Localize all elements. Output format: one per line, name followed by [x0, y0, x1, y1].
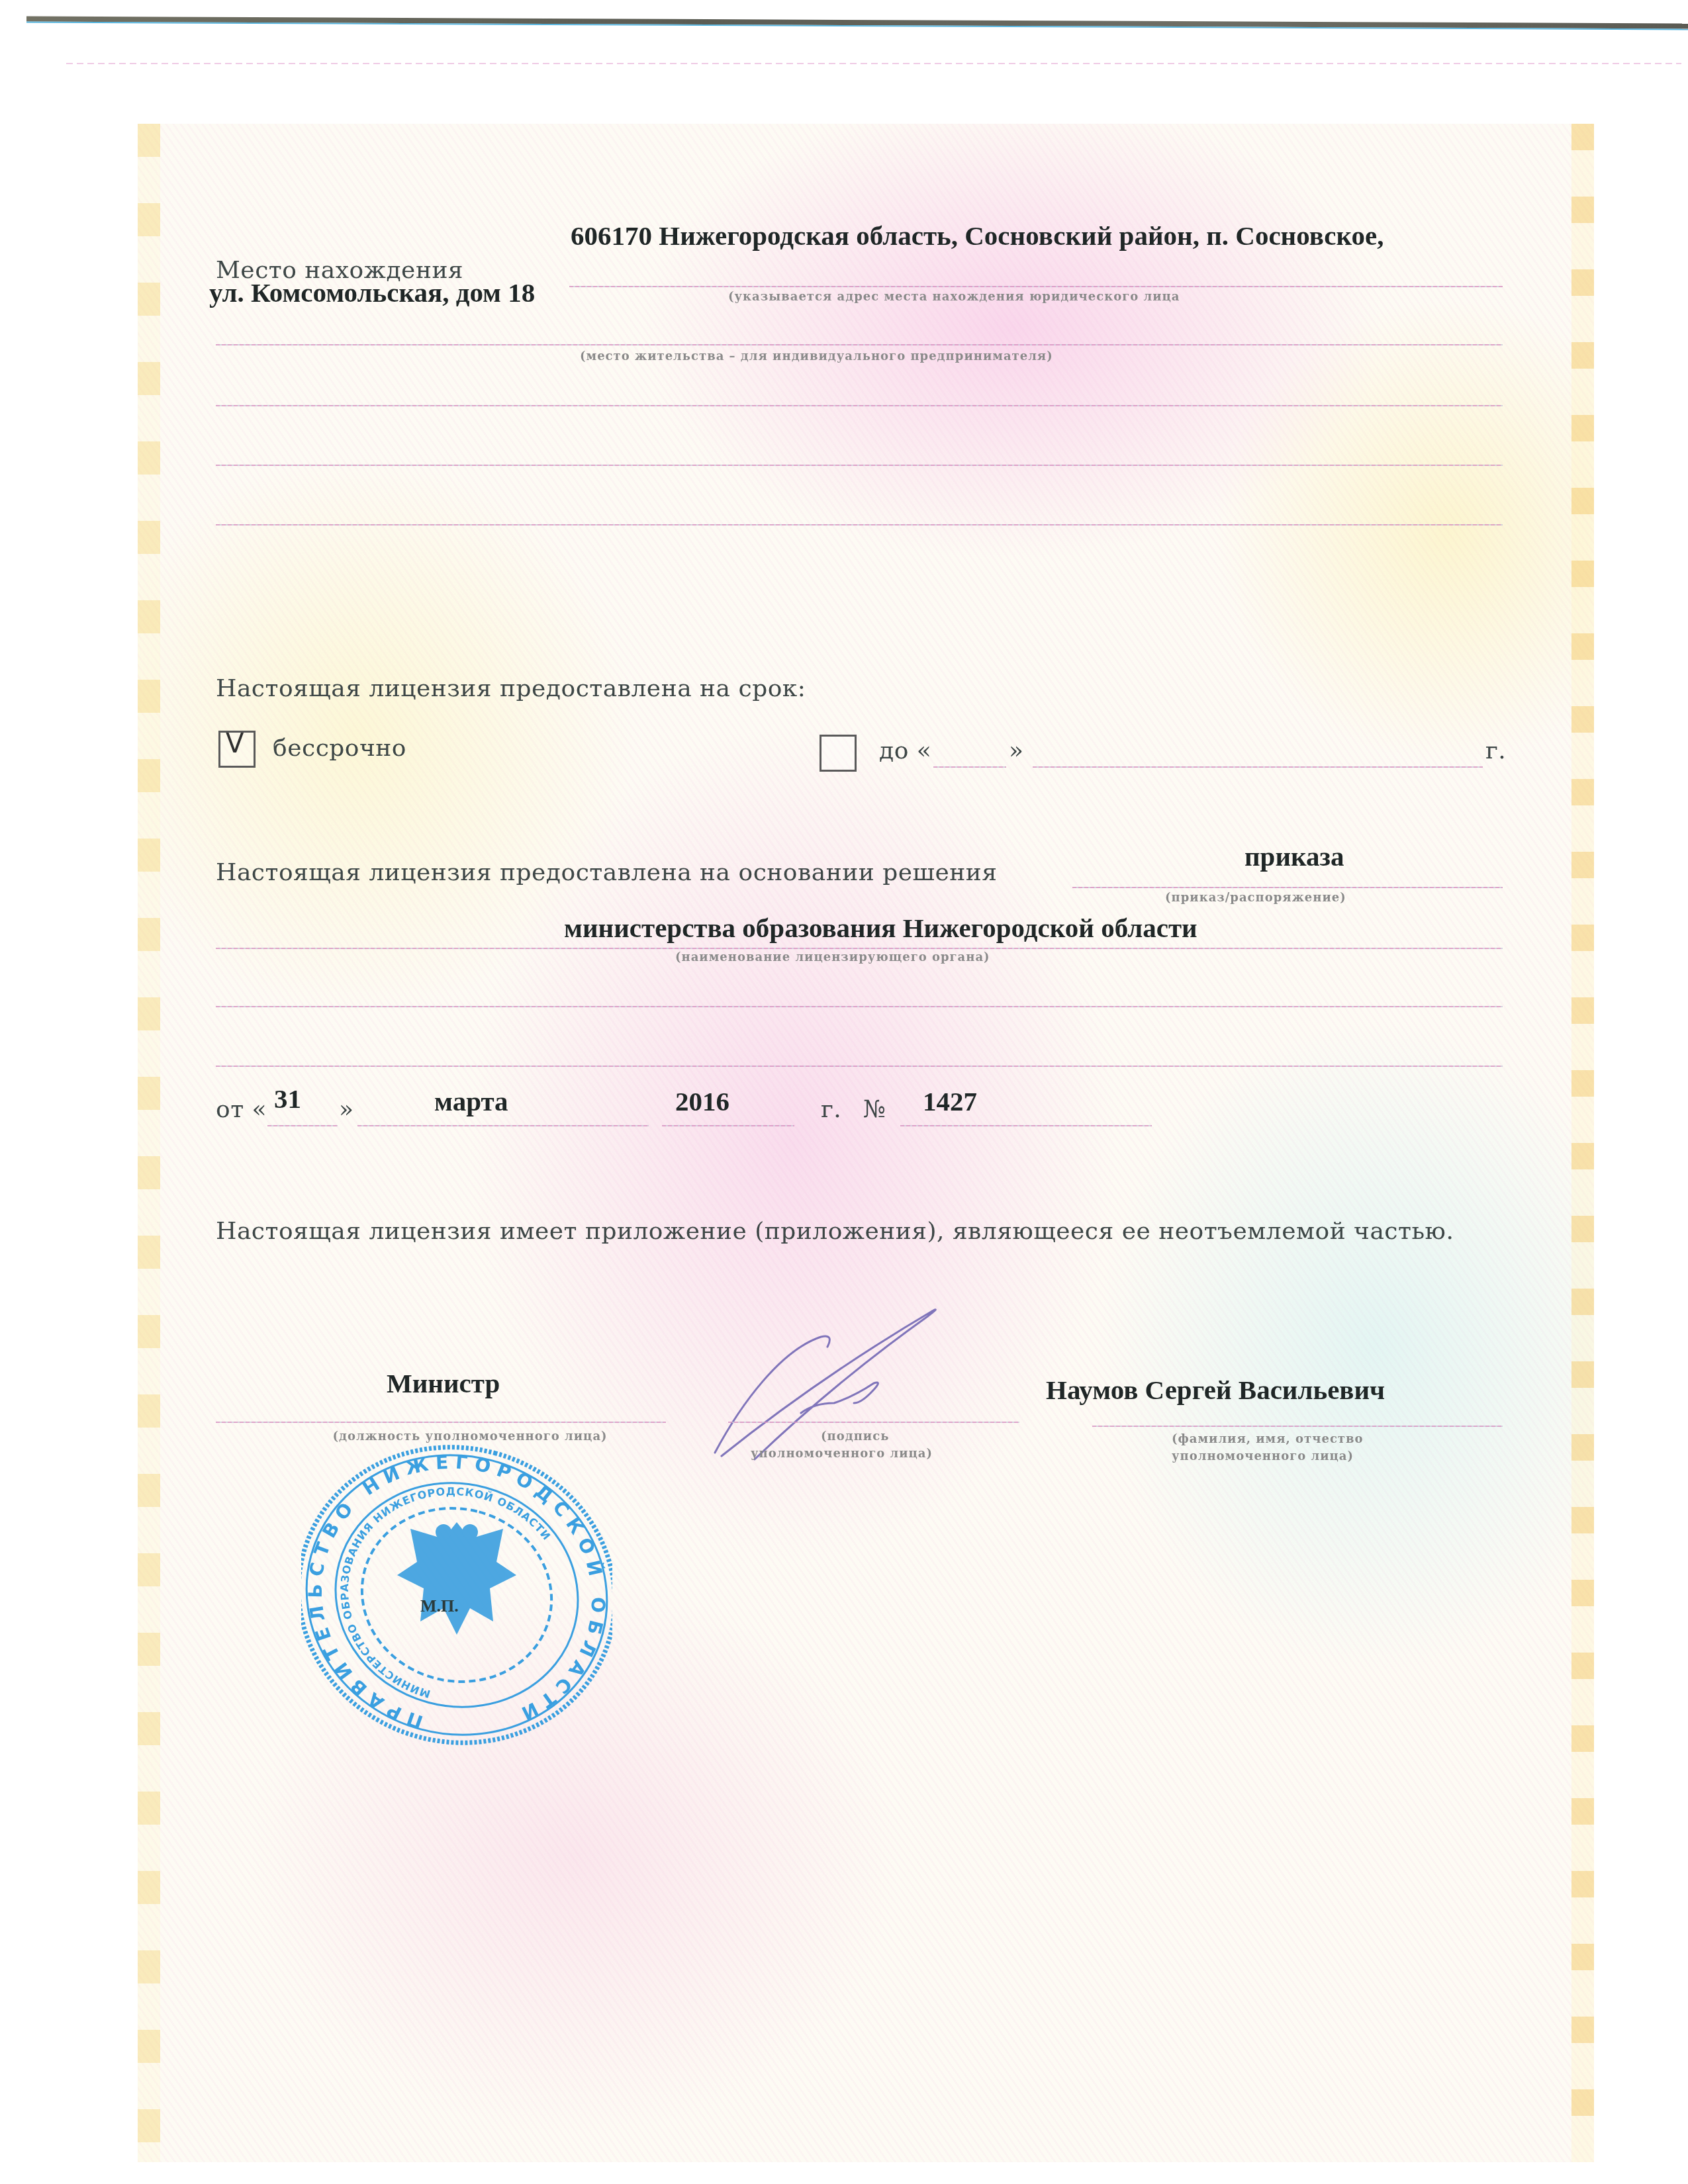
until-day-rule — [933, 766, 1006, 768]
licensing-authority: министерства образования Нижегородской о… — [564, 912, 1197, 944]
basis-label: Настоящая лицензия предоставлена на осно… — [216, 859, 997, 886]
order-day: 31 — [274, 1083, 301, 1115]
order-year: 2016 — [675, 1085, 729, 1117]
signatory-name: Наумов Сергей Васильевич — [1046, 1374, 1385, 1406]
year-rule — [662, 1125, 794, 1126]
caption-authority: (наименование лицензирующего органа) — [675, 950, 990, 964]
caption-name-1: (фамилия, имя, отчество — [1172, 1432, 1364, 1446]
rule-4 — [216, 465, 1503, 466]
unlimited-term-label: бессрочно — [273, 735, 406, 762]
until-date-rule — [1033, 766, 1483, 768]
caption-signature-1: (подпись — [821, 1430, 889, 1443]
address-rule — [569, 286, 1503, 287]
signature-rule — [728, 1422, 1019, 1423]
order-number: 1427 — [923, 1085, 977, 1117]
date-day-close: » — [339, 1096, 354, 1123]
day-rule — [267, 1125, 338, 1126]
authority-rule — [216, 948, 1503, 949]
order-month: марта — [434, 1085, 508, 1117]
caption-individual-address: (место жительства – для индивидуального … — [580, 349, 1053, 363]
until-year-suffix: г. — [1485, 737, 1506, 764]
name-rule — [1092, 1426, 1503, 1427]
seal-place-mark: М.П. — [420, 1596, 459, 1615]
coat-of-arms-icon — [397, 1522, 516, 1635]
caption-legal-address: (указывается адрес места нахождения юрид… — [728, 290, 1180, 304]
term-label: Настоящая лицензия предоставлена на срок… — [216, 675, 806, 702]
rule-7 — [216, 1066, 1503, 1067]
rule-5 — [216, 524, 1503, 525]
signatory-position: Министр — [387, 1367, 500, 1399]
date-prefix: от « — [216, 1096, 267, 1123]
address-line-2: ул. Комсомольская, дом 18 — [209, 277, 535, 308]
appendix-note: Настоящая лицензия имеет приложение (при… — [216, 1218, 1454, 1245]
caption-signature-2: уполномоченного лица) — [751, 1447, 933, 1461]
check-mark-icon: V — [226, 729, 244, 759]
number-rule — [900, 1125, 1152, 1126]
address-line-1: 606170 Нижегородская область, Сосновский… — [571, 220, 1384, 251]
unlimited-term-checkbox[interactable]: V — [218, 731, 256, 768]
scan-guide-line — [66, 63, 1681, 64]
until-prefix: до « — [879, 737, 931, 764]
signature — [702, 1297, 980, 1469]
rule-6 — [216, 1006, 1503, 1007]
year-suffix: г. — [821, 1096, 841, 1123]
rule-3 — [216, 405, 1503, 406]
official-seal: ПРАВИТЕЛЬСТВО НИЖЕГОРОДСКОЙ ОБЛАСТИ МИНИ… — [301, 1423, 612, 1767]
caption-decision-type: (приказ/распоряжение) — [1165, 891, 1346, 905]
caption-name-2: уполномоченного лица) — [1172, 1449, 1354, 1463]
until-suffix: » — [1009, 737, 1024, 764]
decision-type: приказа — [1244, 841, 1344, 872]
license-sheet — [138, 124, 1594, 2162]
number-sign: № — [863, 1096, 886, 1123]
decision-type-rule — [1072, 887, 1503, 888]
until-date-checkbox[interactable] — [820, 735, 857, 772]
rule-2 — [216, 344, 1503, 345]
scan-top-edge — [26, 17, 1688, 30]
month-rule — [357, 1125, 649, 1126]
